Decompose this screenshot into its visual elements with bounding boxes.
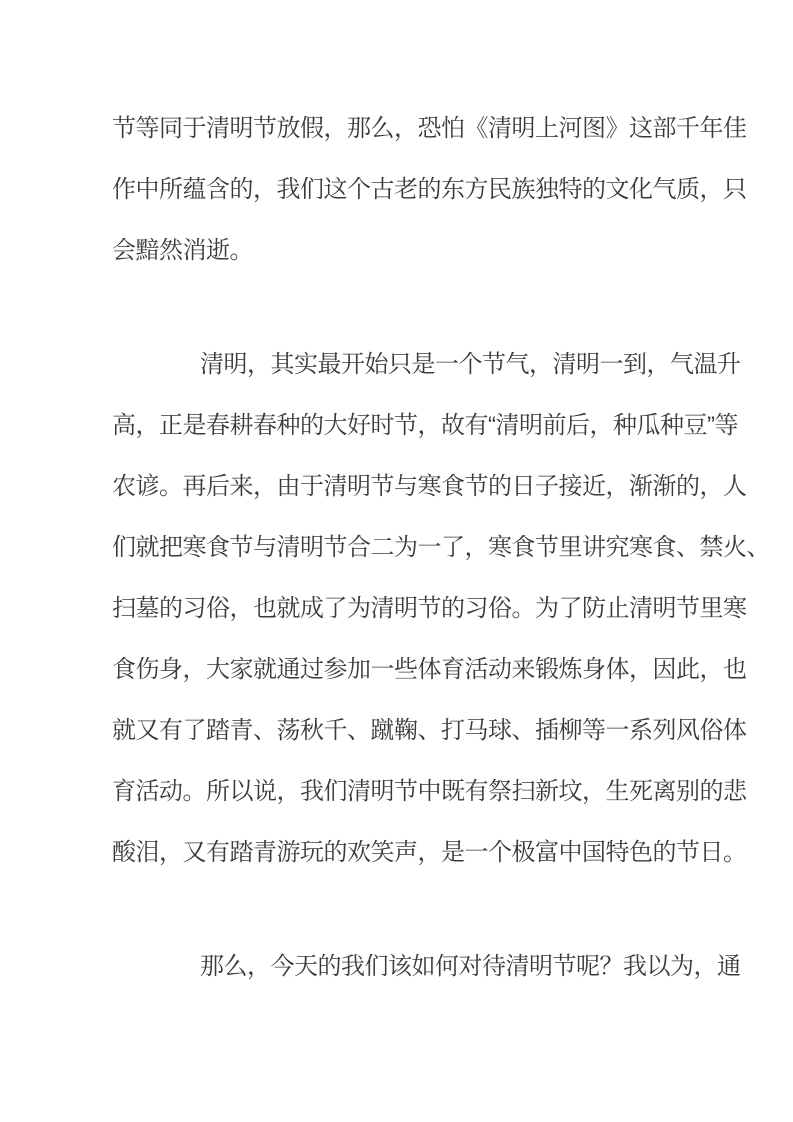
text-line: 酸泪，又有踏青游玩的欢笑声，是一个极富中国特色的节日。 (112, 822, 681, 883)
text-line: 就又有了踏青、荡秋千、蹴鞠、打马球、插柳等一系列风俗体 (112, 700, 681, 761)
text-line: 那么，今天的我们该如何对待清明节呢？我以为，通 (112, 936, 681, 997)
text-line: 育活动。所以说，我们清明节中既有祭扫新坟，生死离别的悲 (112, 761, 681, 822)
text-line: 节等同于清明节放假，那么，恐怕《清明上河图》这部千年佳 (112, 98, 681, 159)
text-line: 高，正是春耕春种的大好时节，故有“清明前后，种瓜种豆”等 (112, 395, 681, 456)
text-line: 农谚。再后来，由于清明节与寒食节的日子接近，渐渐的，人 (112, 456, 681, 517)
paragraph-2: 清明，其实最开始只是一个节气，清明一到，气温升 高，正是春耕春种的大好时节，故有… (112, 334, 681, 883)
text-line: 扫墓的习俗，也就成了为清明节的习俗。为了防止清明节里寒 (112, 578, 681, 639)
document-page: 节等同于清明节放假，那么，恐怕《清明上河图》这部千年佳 作中所蕴含的，我们这个古… (0, 0, 793, 1122)
text-line: 们就把寒食节与清明节合二为一了，寒食节里讲究寒食、禁火、 (112, 517, 681, 578)
text-line: 清明，其实最开始只是一个节气，清明一到，气温升 (112, 334, 681, 395)
paragraph-1: 节等同于清明节放假，那么，恐怕《清明上河图》这部千年佳 作中所蕴含的，我们这个古… (112, 98, 681, 281)
paragraph-3: 那么，今天的我们该如何对待清明节呢？我以为，通 (112, 936, 681, 997)
text-line: 会黯然消逝。 (112, 220, 681, 281)
text-line: 作中所蕴含的，我们这个古老的东方民族独特的文化气质，只 (112, 159, 681, 220)
text-line: 食伤身，大家就通过参加一些体育活动来锻炼身体，因此，也 (112, 639, 681, 700)
